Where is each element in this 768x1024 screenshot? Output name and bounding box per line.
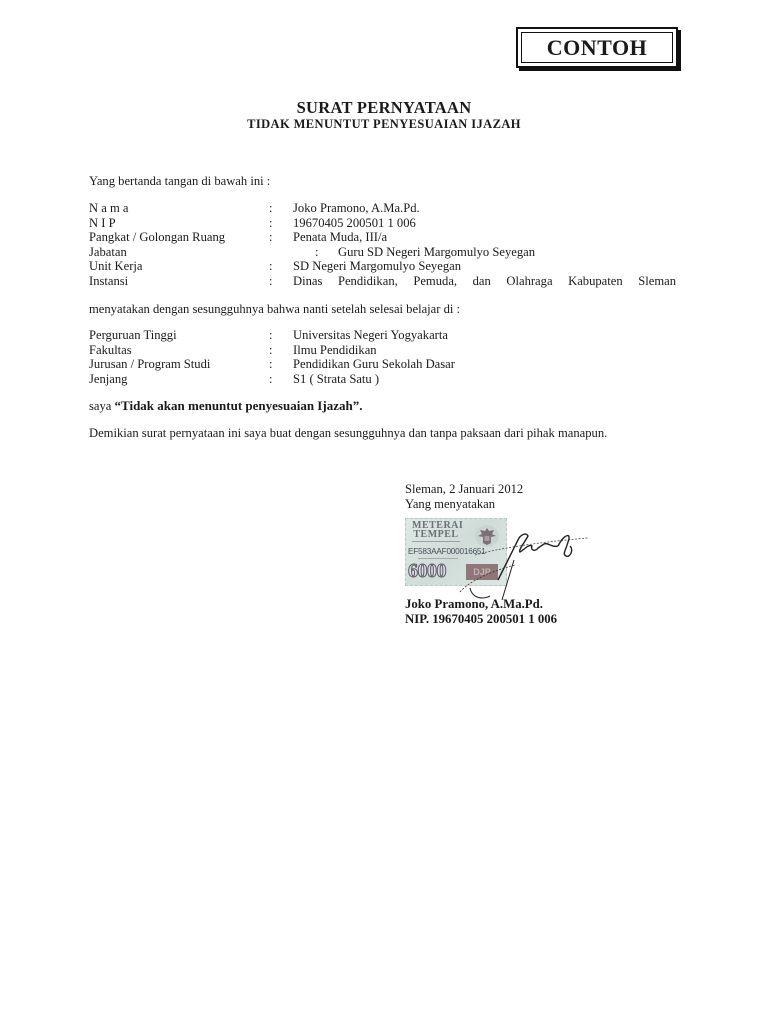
field-value: Pendidikan Guru Sekolah Dasar	[293, 357, 455, 371]
signer-role: Yang menyatakan	[405, 497, 523, 512]
document-title: SURAT PERNYATAAN	[0, 98, 768, 118]
field-value: Ilmu Pendidikan	[293, 343, 377, 357]
field-value: Penata Muda, III/a	[293, 230, 387, 244]
field-label: Instansi	[89, 274, 128, 288]
field-label: N I P	[89, 216, 116, 230]
signer-nip: NIP. 19670405 200501 1 006	[405, 612, 557, 627]
field-colon: :	[269, 230, 273, 244]
identity-row-rank: Pangkat / Golongan Ruang : Penata Muda, …	[89, 230, 689, 244]
field-colon: :	[269, 259, 273, 273]
signature-block: Sleman, 2 Januari 2012 Yang menyatakan	[405, 482, 523, 511]
statement-intro: menyatakan dengan sesungguhnya bahwa nan…	[89, 302, 460, 316]
field-colon: :	[269, 372, 273, 386]
field-label: Pangkat / Golongan Ruang	[89, 230, 225, 244]
identity-row-position: Jabatan : Guru SD Negeri Margomulyo Seye…	[89, 245, 689, 259]
document-subtitle: TIDAK MENUNTUT PENYESUAIAN IJAZAH	[0, 117, 768, 132]
field-colon: :	[269, 216, 273, 230]
identity-row-agency: Instansi : Dinas Pendidikan, Pemuda, dan…	[89, 274, 689, 288]
field-value: SD Negeri Margomulyo Seyegan	[293, 259, 461, 273]
field-value: Universitas Negeri Yogyakarta	[293, 328, 448, 342]
intro-text: Yang bertanda tangan di bawah ini :	[89, 174, 270, 188]
education-row-faculty: Fakultas : Ilmu Pendidikan	[89, 343, 689, 357]
field-colon: :	[269, 201, 273, 215]
field-colon: :	[269, 274, 273, 288]
field-label: Jurusan / Program Studi	[89, 357, 210, 371]
field-value: Joko Pramono, A.Ma.Pd.	[293, 201, 420, 215]
identity-row-nip: N I P : 19670405 200501 1 006	[89, 216, 689, 230]
field-value: S1 ( Strata Satu )	[293, 372, 379, 386]
field-label: Unit Kerja	[89, 259, 143, 273]
handwritten-signature-icon	[440, 520, 590, 600]
field-colon: :	[269, 328, 273, 342]
field-label: Perguruan Tinggi	[89, 328, 177, 342]
field-value: Guru SD Negeri Margomulyo Seyegan	[338, 245, 535, 259]
place-date: Sleman, 2 Januari 2012	[405, 482, 523, 497]
signer-info: Joko Pramono, A.Ma.Pd. NIP. 19670405 200…	[405, 597, 557, 626]
education-row-program: Jurusan / Program Studi : Pendidikan Gur…	[89, 357, 689, 371]
field-value: 19670405 200501 1 006	[293, 216, 416, 230]
education-row-university: Perguruan Tinggi : Universitas Negeri Yo…	[89, 328, 689, 342]
declaration: saya “Tidak akan menuntut penyesuaian Ij…	[89, 399, 362, 413]
field-label: Fakultas	[89, 343, 132, 357]
identity-row-name: N a m a : Joko Pramono, A.Ma.Pd.	[89, 201, 689, 215]
field-label: Jenjang	[89, 372, 127, 386]
signer-name: Joko Pramono, A.Ma.Pd.	[405, 597, 557, 612]
identity-row-work-unit: Unit Kerja : SD Negeri Margomulyo Seyega…	[89, 259, 689, 273]
field-colon: :	[315, 245, 319, 259]
declaration-prefix: saya	[89, 399, 115, 413]
sample-badge: CONTOH	[516, 27, 678, 68]
field-colon: :	[269, 357, 273, 371]
field-colon: :	[269, 343, 273, 357]
declaration-statement: “Tidak akan menuntut penyesuaian Ijazah”…	[115, 398, 363, 413]
field-value: Dinas Pendidikan, Pemuda, dan Olahraga K…	[293, 274, 676, 288]
field-label: N a m a	[89, 201, 129, 215]
field-label: Jabatan	[89, 245, 127, 259]
education-row-level: Jenjang : S1 ( Strata Satu )	[89, 372, 689, 386]
closing-paragraph: Demikian surat pernyataan ini saya buat …	[89, 426, 692, 441]
